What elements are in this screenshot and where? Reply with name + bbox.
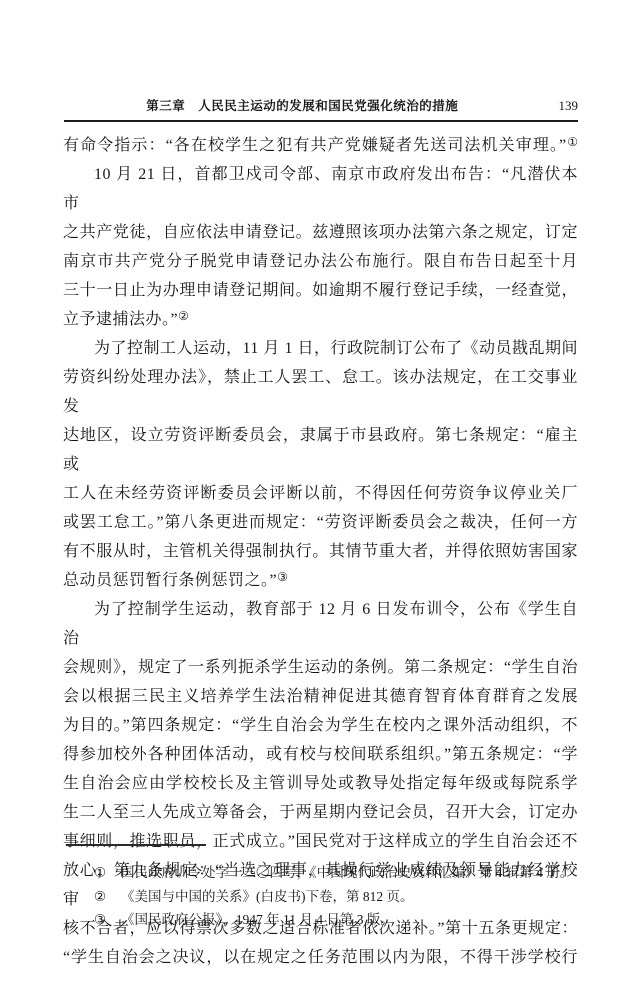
chapter-title: 第三章 人民民主运动的发展和国民党强化统治的措施 <box>64 96 541 114</box>
page-header: 第三章 人民民主运动的发展和国民党强化统治的措施 139 <box>64 96 578 114</box>
text-line: 达地区，设立劳资评断委员会，隶属于市县政府。第七条规定：“雇主或 <box>63 421 578 479</box>
footnote-ref: ② <box>178 309 189 323</box>
text-line: “学生自治会之决议，以在规定之任务范围以内为限，不得干涉学校行 <box>63 943 578 972</box>
paragraph: 为了控制工人运动，11 月 1 日，行政院制订公布了《动员戡乱期间劳资纠纷处理办… <box>63 334 578 595</box>
text-line: 生自治会应由学校校长及主管训导处或教导处指定每年级或每院系学 <box>63 769 578 798</box>
paragraph: 有命令指示：“各在校学生之犯有共产党嫌疑者先送司法机关审理。”① <box>63 131 578 160</box>
footnote-text: 《美国与中国的关系》(白皮书)下卷，第 812 页。 <box>121 885 414 909</box>
text-line: 有不服从时，主管机关得强制执行。其情节重大者，并得依照妨害国家 <box>63 537 578 566</box>
footnote-separator <box>66 844 206 846</box>
text-line: 事细则，推选职员，正式成立。”国民党对于这样成立的学生自治会还不 <box>63 827 578 856</box>
text-line: 得参加校外各种团体活动，或有校与校间联系组织。”第五条规定：“学 <box>63 740 578 769</box>
footnote-marker: ② <box>94 885 111 909</box>
paragraph: 10 月 21 日，首都卫戍司令部、南京市政府发出布告：“凡潜伏本市之共产党徒，… <box>63 160 578 334</box>
text-line: 为了控制工人运动，11 月 1 日，行政院制订公布了《动员戡乱期间 <box>63 334 578 363</box>
text-line: 劳资纠纷处理办法》，禁止工人罢工、怠工。该办法规定，在工交事业发 <box>63 363 578 421</box>
text-line: 为了控制学生运动，教育部于 12 月 6 日发布训令，公布《学生自治 <box>63 595 578 653</box>
text-line: 有命令指示：“各在校学生之犯有共产党嫌疑者先送司法机关审理。”① <box>63 131 578 160</box>
footnote-marker: ① <box>94 861 111 885</box>
footnote-item: ①国民政府训令处字一三〇四号，《中国现代政治史资料汇编》第 4 辑第 4 册。 <box>63 861 583 885</box>
header-rule <box>64 120 578 122</box>
text-line: 立予逮捕法办。”② <box>63 305 578 334</box>
text-line: 生二人至三人先成立筹备会，于两星期内登记会员，召开大会，订定办 <box>63 798 578 827</box>
page-number: 139 <box>541 98 579 114</box>
text-line: 10 月 21 日，首都卫戍司令部、南京市政府发出布告：“凡潜伏本市 <box>63 160 578 218</box>
footnote-text: 《国民政府公报》，1947 年 11 月 4 日第 3 版。 <box>121 908 394 932</box>
footnote-item: ②《美国与中国的关系》(白皮书)下卷，第 812 页。 <box>63 885 583 909</box>
text-line: 会规则》，规定了一系列扼杀学生运动的条例。第二条规定：“学生自治 <box>63 653 578 682</box>
text-line: 之共产党徒，自应依法申请登记。兹遵照该项办法第六条之规定，订定 <box>63 218 578 247</box>
footnote-item: ③《国民政府公报》，1947 年 11 月 4 日第 3 版。 <box>63 908 583 932</box>
footnote-ref: ③ <box>277 570 288 584</box>
text-line: 或罢工怠工。”第八条更进而规定：“劳资评断委员会之裁决，任何一方 <box>63 508 578 537</box>
text-line: 南京市共产党分子脱党申请登记办法公布施行。限自布告日起至十月 <box>63 247 578 276</box>
text-line: 三十一日止为办理申请登记期间。如逾期不履行登记手续，一经查觉， <box>63 276 578 305</box>
footnote-ref: ① <box>567 135 578 149</box>
text-line: 工人在未经劳资评断委员会评断以前，不得因任何劳资争议停业关厂 <box>63 479 578 508</box>
text-line: 为目的。”第四条规定：“学生自治会为学生在校内之课外活动组织，不 <box>63 711 578 740</box>
text-line: 总动员惩罚暂行条例惩罚之。”③ <box>63 566 578 595</box>
footnote-marker: ③ <box>94 908 111 932</box>
footnote-text: 国民政府训令处字一三〇四号，《中国现代政治史资料汇编》第 4 辑第 4 册。 <box>121 861 573 885</box>
footnotes: ①国民政府训令处字一三〇四号，《中国现代政治史资料汇编》第 4 辑第 4 册。②… <box>63 861 583 932</box>
text-line: 会以根据三民主义培养学生法治精神促进其德育智育体育群育之发展 <box>63 682 578 711</box>
book-page: 第三章 人民民主运动的发展和国民党强化统治的措施 139 有命令指示：“各在校学… <box>0 0 644 1000</box>
